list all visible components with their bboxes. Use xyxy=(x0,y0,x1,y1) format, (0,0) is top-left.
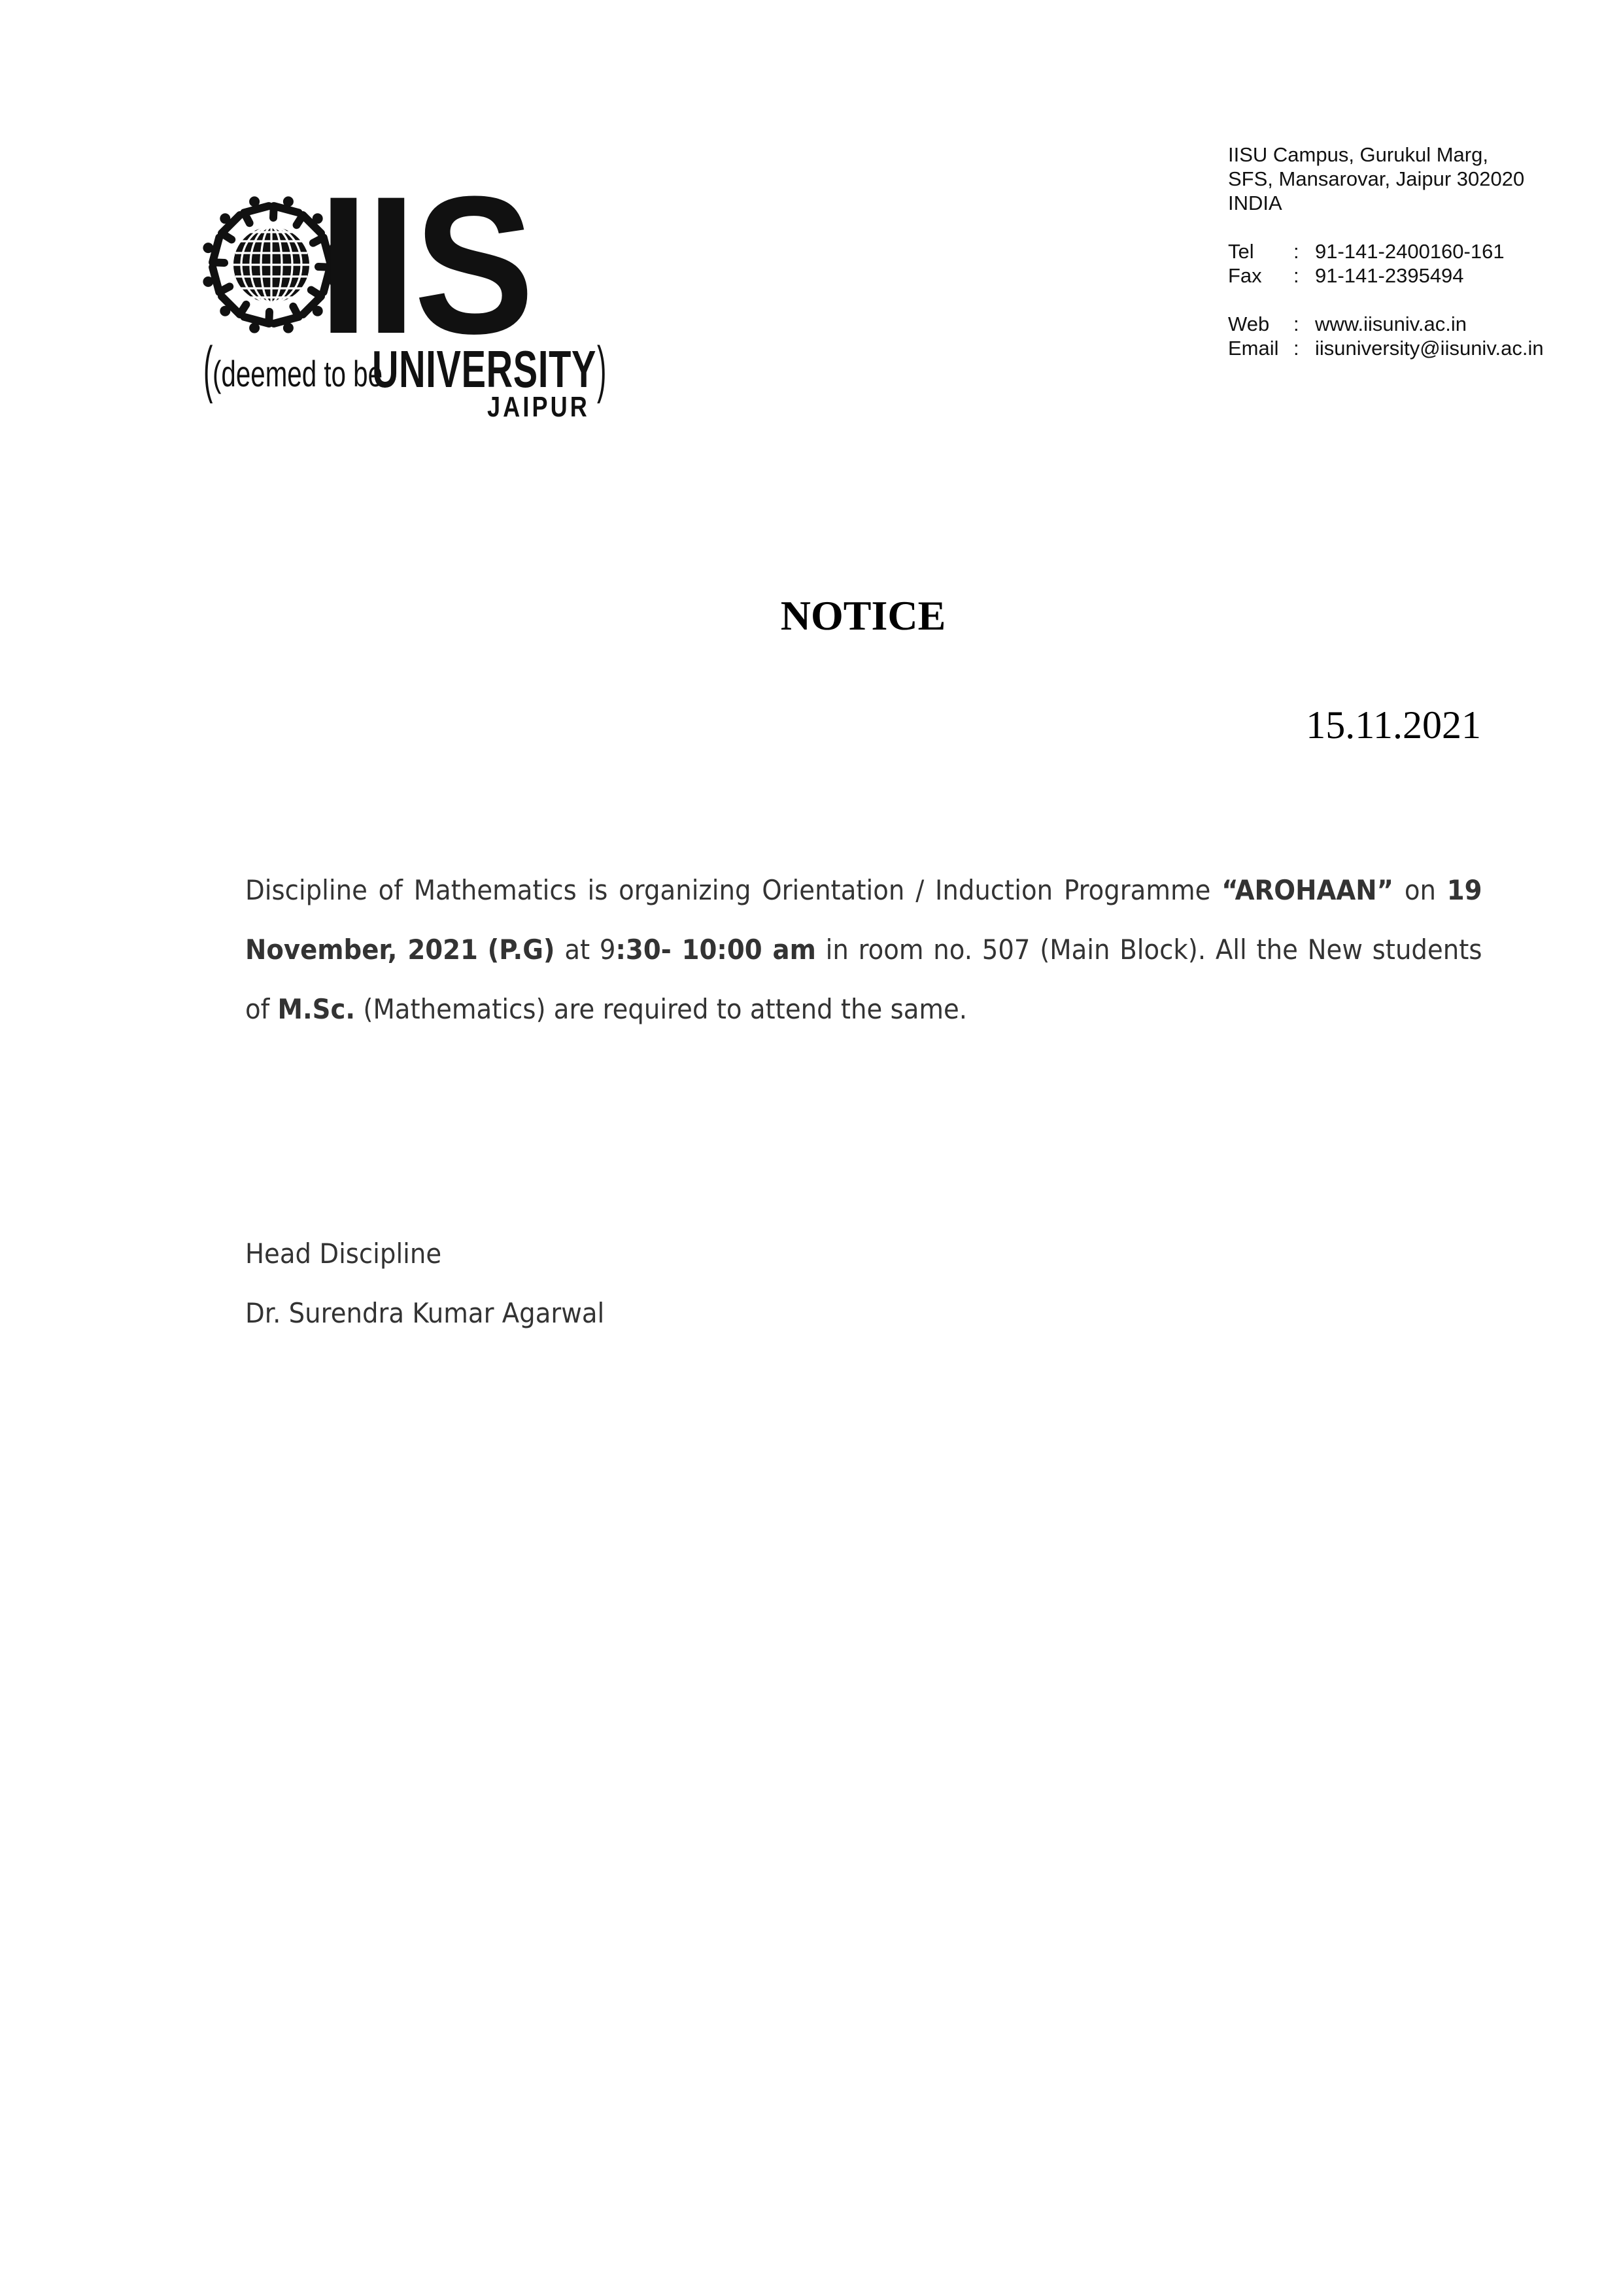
website-link[interactable]: www.iisuniv.ac.in xyxy=(1315,312,1467,336)
address-line: SFS, Mansarovar, Jaipur 302020 xyxy=(1228,167,1544,191)
contact-tel: Tel : 91-141-2400160-161 xyxy=(1228,239,1544,263)
contact-value: 91-141-2400160-161 xyxy=(1315,239,1505,263)
event-time: :30- 10:00 am xyxy=(615,934,815,966)
contact-web: Web : www.iisuniv.ac.in xyxy=(1228,312,1544,336)
contact-label: Email xyxy=(1228,336,1293,360)
logo-city: JAIPUR xyxy=(487,391,590,424)
notice-title: NOTICE xyxy=(0,592,1621,640)
contact-label: Web xyxy=(1228,312,1293,336)
contact-separator: : xyxy=(1293,239,1315,263)
contact-email: Email : iisuniversity@iisuniv.ac.in xyxy=(1228,336,1544,360)
program-level: (P.G) xyxy=(488,934,555,966)
logo-tagline: ( (deemed to be UNIVERSITY ) xyxy=(203,337,224,402)
contact-label: Tel xyxy=(1228,239,1293,263)
logo-paren-close: ) xyxy=(597,337,606,402)
body-text-segment xyxy=(478,934,488,966)
contact-separator: : xyxy=(1293,263,1315,288)
contact-fax: Fax : 91-141-2395494 xyxy=(1228,263,1544,288)
address-line: INDIA xyxy=(1228,191,1544,215)
logo-paren-open: ( xyxy=(203,337,213,402)
signatory-name: Dr. Surendra Kumar Agarwal xyxy=(245,1283,604,1343)
logo-tagline-prefix: (deemed to be xyxy=(213,352,383,395)
logo-wordmark: IIS xyxy=(318,167,532,363)
contact-value: 91-141-2395494 xyxy=(1315,263,1464,288)
body-text-segment: Discipline of Mathematics is organizing … xyxy=(245,874,1221,906)
signatory-designation: Head Discipline xyxy=(245,1224,604,1283)
event-name: “AROHAAN” xyxy=(1221,874,1393,906)
address-block: IISU Campus, Gurukul Marg, SFS, Mansarov… xyxy=(1228,143,1544,360)
body-text-segment: on xyxy=(1393,874,1447,906)
address-line: IISU Campus, Gurukul Marg, xyxy=(1228,143,1544,167)
notice-page: IIS ( (deemed to be UNIVERSITY ) JAIPUR … xyxy=(0,0,1621,2296)
university-logo: IIS ( (deemed to be UNIVERSITY ) JAIPUR xyxy=(199,186,618,428)
notice-date: 15.11.2021 xyxy=(1306,703,1481,748)
body-text-segment: at 9 xyxy=(555,934,616,966)
email-link[interactable]: iisuniversity@iisuniv.ac.in xyxy=(1315,336,1544,360)
body-text-segment: (Mathematics) are required to attend the… xyxy=(355,993,967,1025)
contact-label: Fax xyxy=(1228,263,1293,288)
course-name: M.Sc. xyxy=(278,993,356,1025)
contact-separator: : xyxy=(1293,336,1315,360)
signature-block: Head Discipline Dr. Surendra Kumar Agarw… xyxy=(245,1224,604,1343)
notice-body: Discipline of Mathematics is organizing … xyxy=(245,860,1482,1039)
contact-separator: : xyxy=(1293,312,1315,336)
